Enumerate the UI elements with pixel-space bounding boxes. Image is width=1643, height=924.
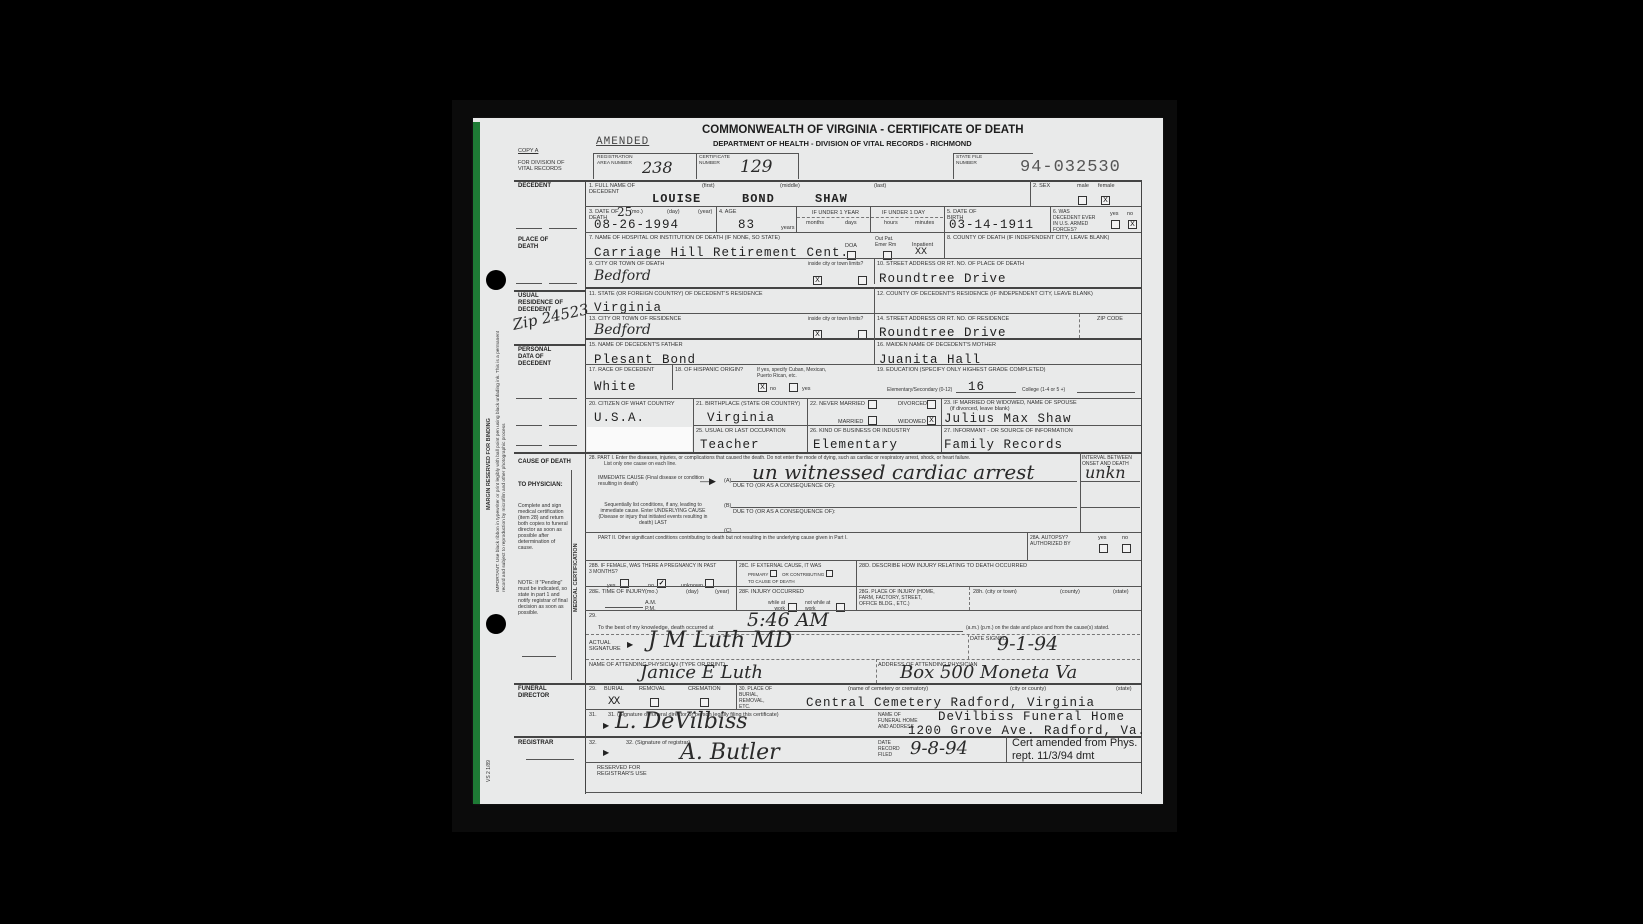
division-label: FOR DIVISION OF VITAL RECORDS — [518, 160, 566, 172]
due-to-a-caption: DUE TO (OR AS A CONSEQUENCE OF): — [733, 483, 835, 489]
sex-male-checkbox[interactable] — [1078, 196, 1087, 205]
age-unit: years — [781, 225, 794, 231]
armed-forces-label: 6. WAS DECEDENT EVER IN U.S. ARMED FORCE… — [1053, 209, 1098, 233]
cemetery-name-caption: (name of cemetery or crematory) — [848, 686, 928, 692]
state-residence-label: 11. STATE (OR FOREIGN COUNTRY) OF DECEDE… — [589, 291, 763, 297]
outpatient-caption: Out Pat. Emer Rm — [875, 236, 900, 248]
section-funeral-director: FUNERAL DIRECTOR — [518, 686, 568, 700]
education-college-caption: College (1-4 or 5 +) — [1022, 387, 1065, 393]
describe-injury-label: 28d. DESCRIBE HOW INJURY RELATING TO DEA… — [859, 563, 1027, 569]
middle-name-caption: (middle) — [780, 183, 800, 189]
margin-important-note: IMPORTANT: Use black ribbon in typewrite… — [496, 322, 508, 592]
punch-hole — [486, 270, 506, 290]
street-residence-label: 14. STREET ADDRESS OR RT. NO. OF RESIDEN… — [877, 316, 1009, 322]
section-place-of-death: PLACE OF DEATH — [518, 237, 568, 251]
physician-address-value: Box 500 Moneta Va — [900, 662, 1077, 683]
removal-checkbox[interactable] — [650, 698, 659, 707]
disposition-number: 29. — [589, 686, 597, 692]
days-caption: days — [845, 220, 857, 226]
street-of-death-value: Roundtree Drive — [879, 272, 1007, 286]
place-of-injury-label: 28g. PLACE OF INJURY (home, farm, factor… — [859, 589, 939, 607]
primary-checkbox[interactable] — [770, 570, 777, 577]
place-of-burial-value: Central Cemetery Radford, Virginia — [806, 696, 1095, 710]
funeral-home-name: DeVilbiss Funeral Home — [938, 710, 1125, 724]
armed-yes-caption: yes — [1110, 211, 1119, 217]
business-label: 26. KIND OF BUSINESS OR INDUSTRY — [810, 428, 910, 434]
section-decedent: DECEDENT — [518, 183, 551, 190]
sex-male-caption: male — [1077, 183, 1089, 189]
city-residence-value: Bedford — [594, 322, 651, 338]
cause-c-caption: (C) — [724, 528, 732, 534]
armed-no-checkbox[interactable]: X — [1128, 220, 1137, 229]
signature-arrow-icon: ▶ — [603, 748, 609, 757]
hispanic-note: If yes, specify Cuban, Mexican, Puerto R… — [757, 367, 842, 379]
inpatient-mark: XX — [915, 247, 927, 258]
first-name-value: LOUISE — [652, 192, 701, 206]
state-file-number: 94-032530 — [1020, 158, 1121, 177]
due-to-b-caption: DUE TO (OR AS A CONSEQUENCE OF): — [733, 509, 835, 515]
age-value: 83 — [738, 218, 755, 232]
divorced-caption: DIVORCED — [898, 401, 927, 407]
registration-label: REGISTRATION AREA NUMBER — [597, 155, 642, 167]
punch-hole — [486, 614, 506, 634]
to-cause-caption: TO CAUSE OF DEATH — [748, 579, 795, 585]
injury-occurred-label: 28f. INJURY OCCURRED — [739, 589, 804, 595]
pregnancy-label: 28b. IF FEMALE, WAS THERE A PREGNANCY IN… — [589, 563, 719, 575]
part2-instructions: PART II. Other significant conditions co… — [598, 535, 848, 541]
birthplace-value: Virginia — [707, 411, 775, 425]
armed-yes-checkbox[interactable] — [1111, 220, 1120, 229]
funeral-home-address: 1200 Grove Ave. Radford, Va. — [908, 724, 1146, 738]
registration-number: 238 — [642, 158, 673, 177]
hispanic-label: 18. OF HISPANIC ORIGIN? — [675, 367, 743, 373]
to-physician-label: TO PHYSICIAN: — [518, 482, 563, 489]
contributing-checkbox[interactable] — [826, 570, 833, 577]
occupation-label: 25. USUAL OR LAST OCCUPATION — [696, 428, 786, 434]
city-of-death-value: Bedford — [594, 268, 651, 284]
date-of-death-value: 08-26-1994 — [594, 218, 679, 232]
hispanic-no-checkbox[interactable]: X — [758, 383, 767, 392]
education-label: 19. EDUCATION (Specify only highest grad… — [877, 367, 1046, 373]
primary-caption: PRIMARY — [748, 572, 768, 578]
section-personal-data: PERSONAL DATA OF DECEDENT — [518, 347, 568, 368]
dod-mo-caption: (mo.) — [630, 209, 643, 215]
hospital-label: 7. NAME OF HOSPITAL OR INSTITUTION OF DE… — [589, 235, 780, 241]
residence-limits-caption: inside city or town limits? — [808, 316, 863, 322]
medical-certification-label: MEDICAL CERTIFICATION — [573, 543, 579, 612]
dod-year-caption: (year) — [698, 209, 712, 215]
last-name-value: SHAW — [815, 192, 848, 206]
minutes-caption: minutes — [915, 220, 934, 226]
widowed-checkbox[interactable]: X — [927, 416, 936, 425]
signature-arrow-icon: ▶ — [603, 721, 609, 730]
informant-label: 27. INFORMANT - OR SOURCE OF INFORMATION — [944, 428, 1073, 434]
county-injury-caption: (county) — [1060, 589, 1080, 595]
dod-day-caption: (day) — [667, 209, 680, 215]
binding-edge — [473, 122, 480, 804]
amended-stamp: AMENDED — [596, 136, 649, 148]
occupation-value: Teacher — [700, 438, 760, 452]
place-of-burial-label: 30. PLACE OF BURIAL, REMOVAL, ETC. — [739, 686, 777, 710]
margin-binding-note: MARGIN RESERVED FOR BINDING — [486, 418, 492, 510]
first-name-caption: (first) — [702, 183, 715, 189]
burial-checkbox-mark[interactable]: XX — [608, 696, 619, 708]
married-checkbox[interactable] — [868, 416, 877, 425]
citizen-value: U.S.A. — [594, 411, 645, 425]
amendment-note-line1: Cert amended from Phys. — [1012, 737, 1137, 749]
form-number: VS 2 1/89 — [486, 760, 492, 782]
middle-name-value: BOND — [742, 192, 775, 206]
name-label: 1. FULL NAME OF DECEDENT — [589, 183, 637, 195]
county-of-death-label: 8. COUNTY OF DEATH (if independent city,… — [947, 235, 1109, 241]
citizen-label: 20. CITIZEN OF WHAT COUNTRY — [589, 401, 675, 407]
death-in-limits-yes-checkbox[interactable]: X — [813, 276, 822, 285]
sequential-causes-label: Sequentially list conditions, if any, le… — [598, 502, 708, 526]
never-married-checkbox[interactable] — [868, 400, 877, 409]
date-signed-value: 9-1-94 — [997, 633, 1058, 655]
months-caption: months — [806, 220, 824, 226]
date-filed-label: DATE RECORD FILED — [878, 740, 913, 758]
sex-female-checkbox[interactable]: X — [1101, 196, 1110, 205]
date-of-birth-value: 03-14-1911 — [949, 218, 1034, 232]
section-registrar: REGISTRAR — [518, 740, 553, 747]
autopsy-no-checkbox[interactable] — [1122, 544, 1131, 553]
certificate-title: COMMONWEALTH OF VIRGINIA - CERTIFICATE O… — [702, 124, 1024, 136]
never-married-label: 22. NEVER MARRIED — [810, 401, 865, 407]
autopsy-yes-checkbox[interactable] — [1099, 544, 1108, 553]
date-filed-value: 9-8-94 — [910, 738, 968, 759]
state-injury-caption: (state) — [1113, 589, 1129, 595]
amendment-note-line2: rept. 11/3/94 dmt — [1012, 750, 1094, 762]
hispanic-yes-caption: yes — [802, 386, 811, 392]
certificate-number-label: CERTIFICATE NUMBER — [699, 155, 739, 167]
burial-state-caption: (state) — [1116, 686, 1132, 692]
informant-value: Family Records — [944, 438, 1063, 452]
education-elementary-caption: Elementary/Secondary (0-12) — [887, 387, 952, 393]
city-county-caption: (city or county) — [1010, 686, 1046, 692]
signature-label: ACTUAL SIGNATURE — [589, 640, 629, 652]
contributing-caption: or CONTRIBUTING — [782, 572, 824, 578]
autopsy-label: 28a. AUTOPSY? AUTHORIZED BY — [1030, 535, 1082, 547]
certificate-subtitle: DEPARTMENT OF HEALTH - DIVISION OF VITAL… — [713, 139, 972, 148]
physician-instructions: Complete and sign medical certification … — [518, 503, 568, 551]
armed-no-caption: no — [1127, 211, 1133, 217]
physician-signature: J M Luth MD — [648, 628, 792, 653]
sex-label: 2. SEX — [1033, 183, 1050, 189]
last-name-caption: (last) — [874, 183, 886, 189]
pending-note: NOTE: If "Pending" must be indicated, so… — [518, 580, 568, 616]
race-value: White — [594, 380, 637, 394]
age-label: 4. AGE — [719, 209, 736, 215]
hispanic-yes-checkbox[interactable] — [789, 383, 798, 392]
father-label: 15. NAME OF DECEDENT'S FATHER — [589, 342, 683, 348]
part1-subinstructions: List only one cause on each line. — [604, 461, 677, 467]
hispanic-no-caption: no — [770, 386, 776, 392]
immediate-cause-label: IMMEDIATE CAUSE (Final disease or condit… — [598, 475, 708, 487]
under-year-caption: IF UNDER 1 YEAR — [812, 210, 859, 216]
knowledge-suffix: (a.m.) (p.m.) on the date and place and … — [966, 625, 1109, 631]
signature-arrow-icon: ▶ — [627, 640, 633, 649]
mother-label: 16. MAIDEN NAME OF DECEDENT'S MOTHER — [877, 342, 996, 348]
copy-label: COPY A — [518, 148, 538, 154]
city-of-death-label: 9. CITY OR TOWN OF DEATH — [589, 261, 664, 267]
city-limits-caption: inside city or town limits? — [808, 261, 863, 267]
sex-female-caption: female — [1098, 183, 1115, 189]
divorced-checkbox[interactable] — [927, 400, 936, 409]
cremation-checkbox[interactable] — [700, 698, 709, 707]
hours-caption: hours — [884, 220, 898, 226]
redacted-ssn-field — [587, 427, 692, 451]
cause-a-interval: unkn — [1085, 463, 1126, 482]
time-of-injury-label: 28e. TIME OF INJURY — [589, 589, 645, 595]
death-in-limits-no-checkbox[interactable] — [858, 276, 867, 285]
external-cause-label: 28c. IF EXTERNAL CAUSE, IT WAS — [739, 563, 829, 569]
certificate-number: 129 — [740, 157, 772, 177]
cause-b-caption: (B) — [724, 503, 731, 509]
street-of-death-label: 10. STREET ADDRESS OR RT. NO. OF PLACE O… — [877, 261, 1024, 267]
state-file-label: STATE FILE NUMBER — [956, 155, 996, 167]
cremation-caption: CREMATION — [688, 686, 721, 692]
city-injury-caption: 28h. (city or town) — [973, 589, 1017, 595]
business-value: Elementary — [813, 438, 898, 452]
birthplace-label: 21. BIRTHPLACE (state or country) — [696, 401, 800, 407]
doa-caption: DOA — [845, 243, 857, 249]
county-residence-label: 12. COUNTY OF DECEDENT'S RESIDENCE (if i… — [877, 291, 1093, 297]
burial-caption: BURIAL — [604, 686, 624, 692]
under-day-caption: IF UNDER 1 DAY — [882, 210, 925, 216]
arrow-right-icon: —▶ — [700, 476, 716, 487]
removal-caption: REMOVAL — [639, 686, 666, 692]
physician-name-value: Janice E Luth — [640, 662, 763, 683]
zip-code-label: ZIP CODE — [1097, 316, 1123, 322]
spouse-value: Julius Max Shaw — [944, 412, 1072, 426]
reserved-registrar-label: RESERVED FOR REGISTRAR'S USE — [597, 765, 657, 777]
funeral-director-signature: L. DeVilbiss — [615, 709, 748, 734]
section-cause-of-death: CAUSE OF DEATH — [518, 459, 571, 466]
race-label: 17. RACE OF DECEDENT — [589, 367, 654, 373]
